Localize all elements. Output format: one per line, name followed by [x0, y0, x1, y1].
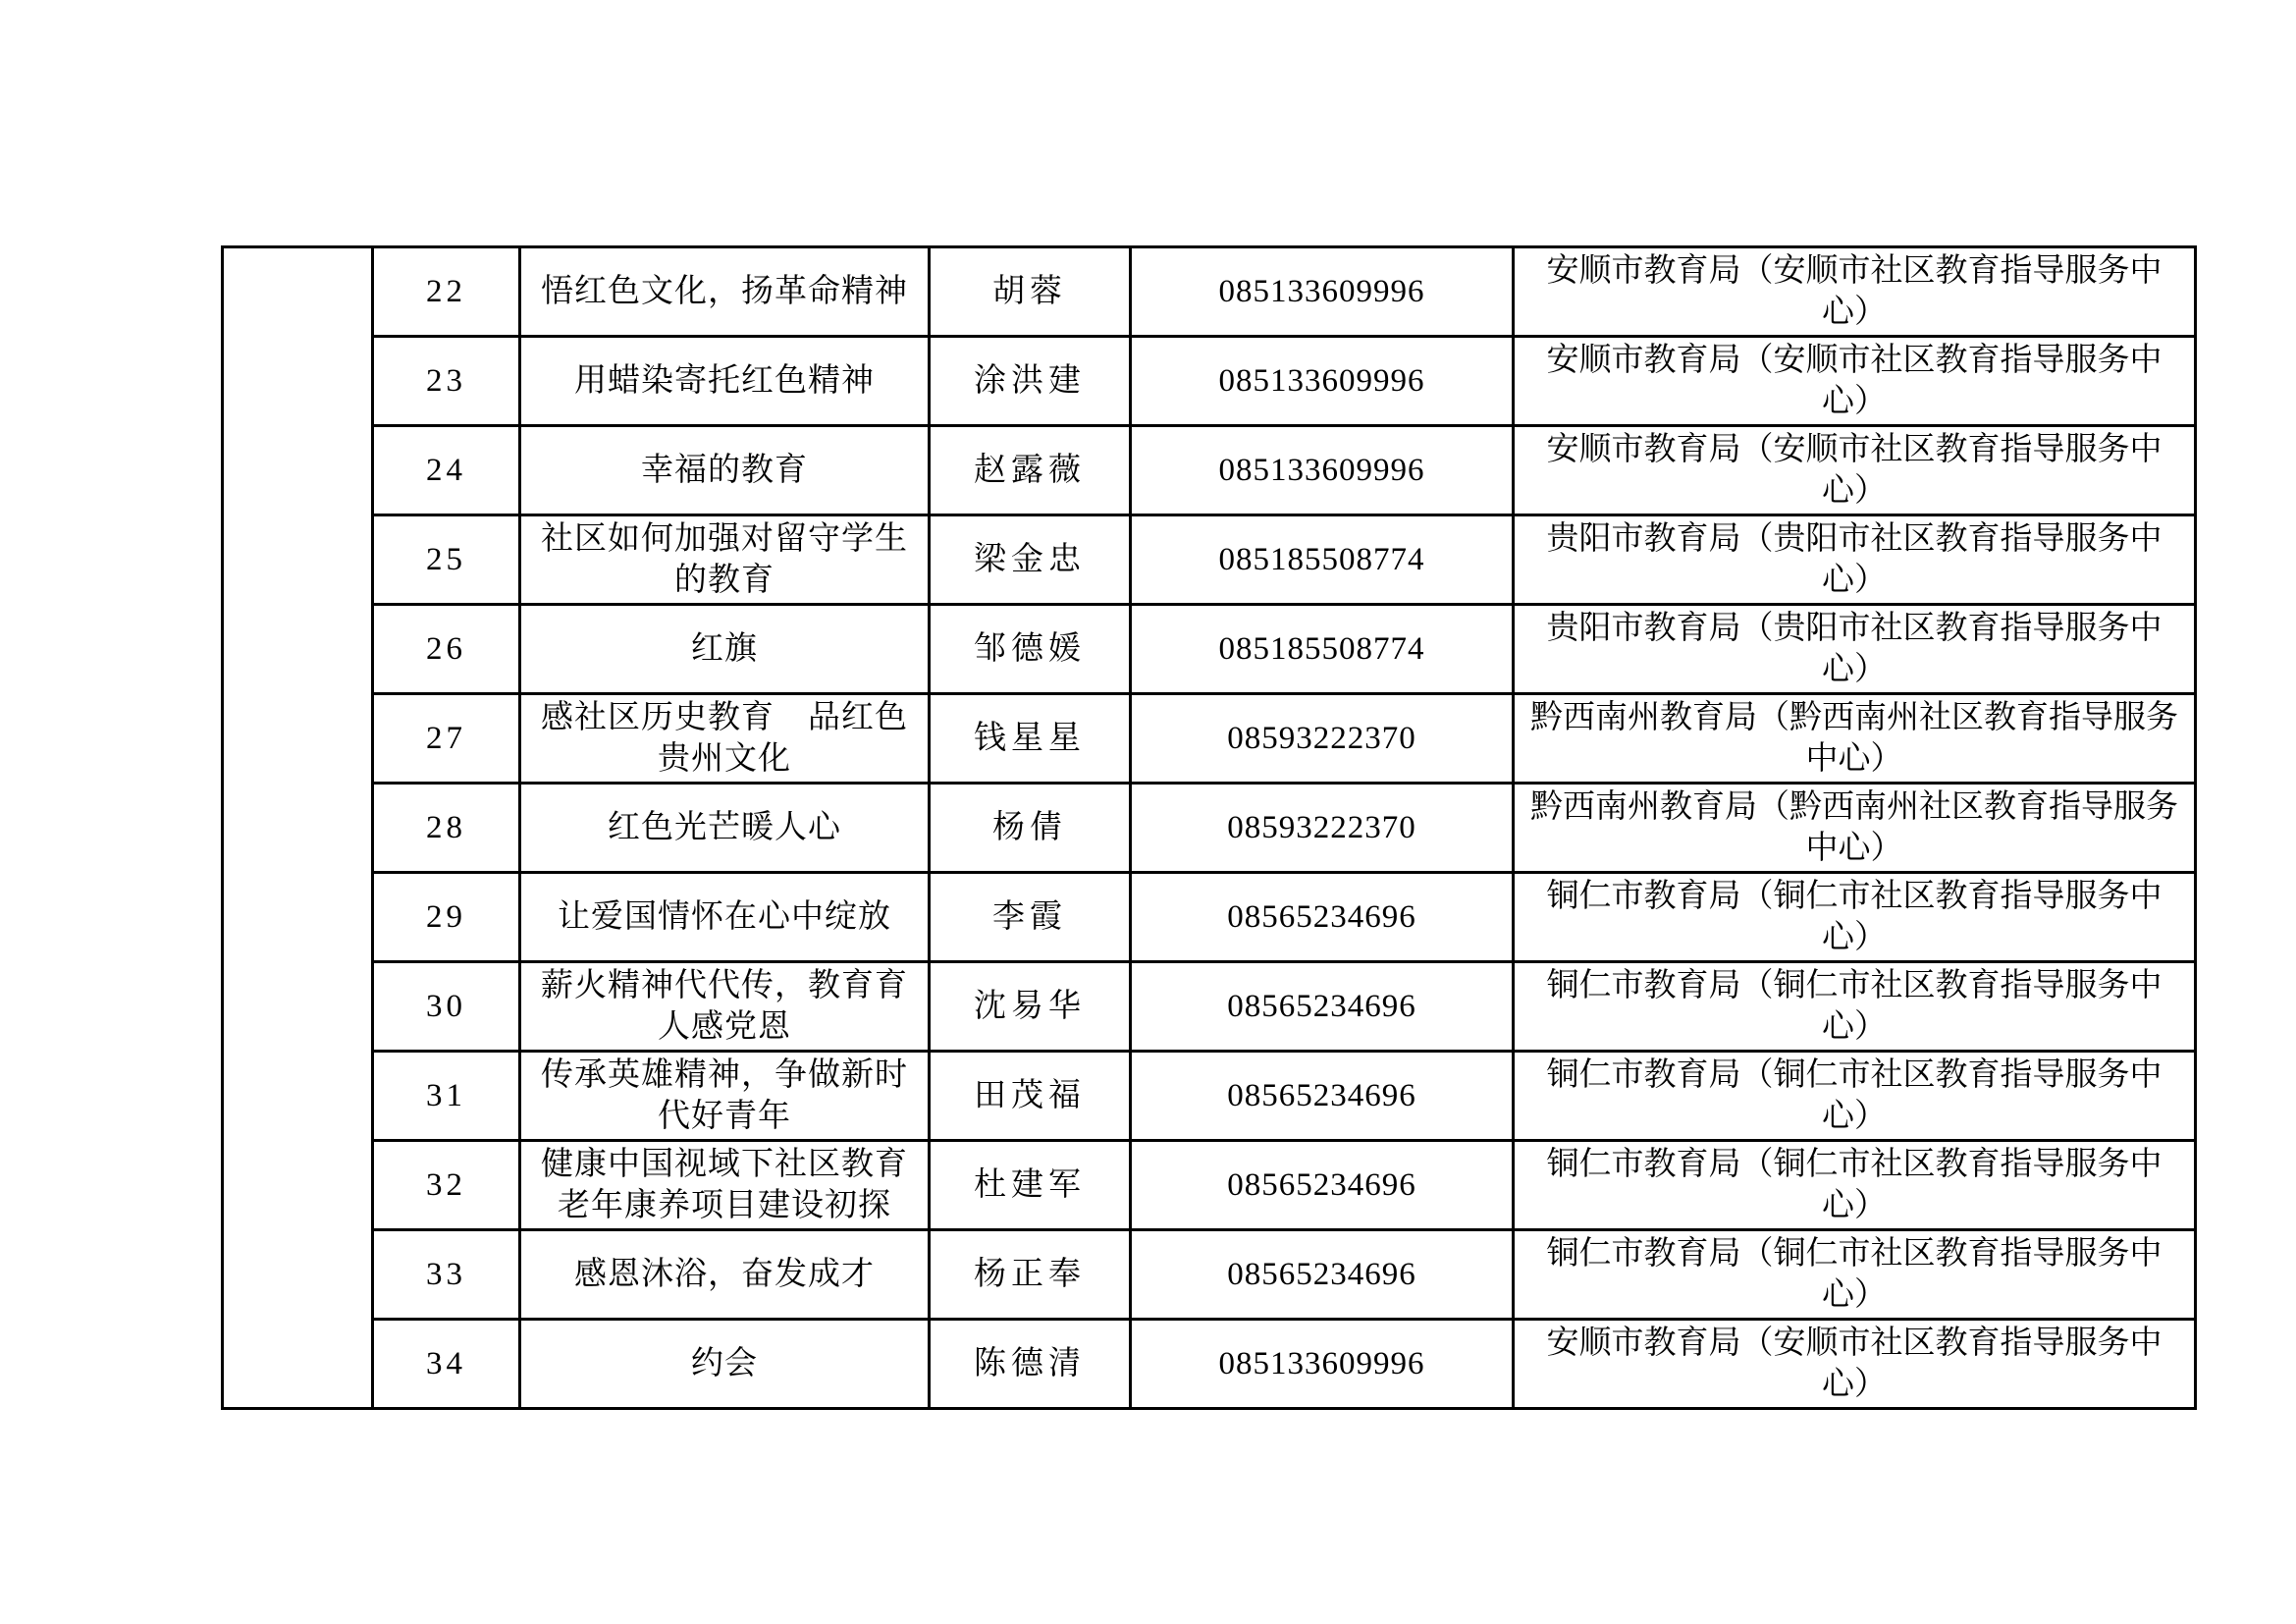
organization-cell: 安顺市教育局（安顺市社区教育指导服务中心） — [1514, 1320, 2196, 1409]
table-row: 31 传承英雄精神，争做新时代好青年 田茂福 08565234696 铜仁市教育… — [223, 1052, 2196, 1141]
table-row: 24 幸福的教育 赵露薇 085133609996 安顺市教育局（安顺市社区教育… — [223, 426, 2196, 515]
contact-phone-cell: 085133609996 — [1131, 247, 1514, 337]
contact-phone-cell: 08565234696 — [1131, 962, 1514, 1052]
author-name-cell: 涂洪建 — [930, 337, 1131, 426]
author-name-cell: 梁金忠 — [930, 515, 1131, 605]
organization-cell: 铜仁市教育局（铜仁市社区教育指导服务中心） — [1514, 1230, 2196, 1320]
table-row: 32 健康中国视域下社区教育老年康养项目建设初探 杜建军 08565234696… — [223, 1141, 2196, 1230]
contact-phone-cell: 08593222370 — [1131, 784, 1514, 873]
document-page: 22 悟红色文化，扬革命精神 胡蓉 085133609996 安顺市教育局（安顺… — [0, 0, 2296, 1624]
row-number-cell: 32 — [373, 1141, 520, 1230]
work-title-cell: 悟红色文化，扬革命精神 — [520, 247, 930, 337]
work-title-cell: 薪火精神代代传，教育育人感党恩 — [520, 962, 930, 1052]
table-row: 33 感恩沐浴，奋发成才 杨正奉 08565234696 铜仁市教育局（铜仁市社… — [223, 1230, 2196, 1320]
row-number-cell: 27 — [373, 694, 520, 784]
author-name-cell: 陈德清 — [930, 1320, 1131, 1409]
organization-cell: 黔西南州教育局（黔西南州社区教育指导服务中心） — [1514, 694, 2196, 784]
contact-phone-cell: 08565234696 — [1131, 1141, 1514, 1230]
author-name-cell: 沈易华 — [930, 962, 1131, 1052]
row-number-cell: 22 — [373, 247, 520, 337]
author-name-cell: 田茂福 — [930, 1052, 1131, 1141]
row-number-cell: 31 — [373, 1052, 520, 1141]
organization-cell: 安顺市教育局（安顺市社区教育指导服务中心） — [1514, 426, 2196, 515]
table-row: 27 感社区历史教育 品红色贵州文化 钱星星 08593222370 黔西南州教… — [223, 694, 2196, 784]
entries-table: 22 悟红色文化，扬革命精神 胡蓉 085133609996 安顺市教育局（安顺… — [221, 245, 2197, 1410]
author-name-cell: 杨正奉 — [930, 1230, 1131, 1320]
work-title-cell: 感恩沐浴，奋发成才 — [520, 1230, 930, 1320]
work-title-cell: 社区如何加强对留守学生的教育 — [520, 515, 930, 605]
contact-phone-cell: 085133609996 — [1131, 426, 1514, 515]
work-title-cell: 让爱国情怀在心中绽放 — [520, 873, 930, 962]
organization-cell: 铜仁市教育局（铜仁市社区教育指导服务中心） — [1514, 962, 2196, 1052]
organization-cell: 安顺市教育局（安顺市社区教育指导服务中心） — [1514, 247, 2196, 337]
author-name-cell: 钱星星 — [930, 694, 1131, 784]
organization-cell: 铜仁市教育局（铜仁市社区教育指导服务中心） — [1514, 1052, 2196, 1141]
organization-cell: 铜仁市教育局（铜仁市社区教育指导服务中心） — [1514, 1141, 2196, 1230]
row-number-cell: 33 — [373, 1230, 520, 1320]
work-title-cell: 红旗 — [520, 605, 930, 694]
row-number-cell: 34 — [373, 1320, 520, 1409]
category-spanner-cell — [223, 247, 373, 1409]
row-number-cell: 26 — [373, 605, 520, 694]
table-row: 26 红旗 邹德媛 085185508774 贵阳市教育局（贵阳市社区教育指导服… — [223, 605, 2196, 694]
table-row: 25 社区如何加强对留守学生的教育 梁金忠 085185508774 贵阳市教育… — [223, 515, 2196, 605]
table-row: 22 悟红色文化，扬革命精神 胡蓉 085133609996 安顺市教育局（安顺… — [223, 247, 2196, 337]
contact-phone-cell: 08565234696 — [1131, 1052, 1514, 1141]
author-name-cell: 胡蓉 — [930, 247, 1131, 337]
work-title-cell: 约会 — [520, 1320, 930, 1409]
work-title-cell: 用蜡染寄托红色精神 — [520, 337, 930, 426]
contact-phone-cell: 085133609996 — [1131, 1320, 1514, 1409]
row-number-cell: 23 — [373, 337, 520, 426]
row-number-cell: 29 — [373, 873, 520, 962]
author-name-cell: 李霞 — [930, 873, 1131, 962]
contact-phone-cell: 08565234696 — [1131, 873, 1514, 962]
author-name-cell: 邹德媛 — [930, 605, 1131, 694]
work-title-cell: 红色光芒暖人心 — [520, 784, 930, 873]
row-number-cell: 28 — [373, 784, 520, 873]
organization-cell: 贵阳市教育局（贵阳市社区教育指导服务中心） — [1514, 515, 2196, 605]
work-title-cell: 幸福的教育 — [520, 426, 930, 515]
work-title-cell: 传承英雄精神，争做新时代好青年 — [520, 1052, 930, 1141]
row-number-cell: 24 — [373, 426, 520, 515]
work-title-cell: 感社区历史教育 品红色贵州文化 — [520, 694, 930, 784]
row-number-cell: 30 — [373, 962, 520, 1052]
contact-phone-cell: 08565234696 — [1131, 1230, 1514, 1320]
work-title-cell: 健康中国视域下社区教育老年康养项目建设初探 — [520, 1141, 930, 1230]
author-name-cell: 赵露薇 — [930, 426, 1131, 515]
author-name-cell: 杜建军 — [930, 1141, 1131, 1230]
table-row: 23 用蜡染寄托红色精神 涂洪建 085133609996 安顺市教育局（安顺市… — [223, 337, 2196, 426]
contact-phone-cell: 085185508774 — [1131, 515, 1514, 605]
row-number-cell: 25 — [373, 515, 520, 605]
table-row: 29 让爱国情怀在心中绽放 李霞 08565234696 铜仁市教育局（铜仁市社… — [223, 873, 2196, 962]
organization-cell: 贵阳市教育局（贵阳市社区教育指导服务中心） — [1514, 605, 2196, 694]
author-name-cell: 杨倩 — [930, 784, 1131, 873]
table-row: 34 约会 陈德清 085133609996 安顺市教育局（安顺市社区教育指导服… — [223, 1320, 2196, 1409]
contact-phone-cell: 085185508774 — [1131, 605, 1514, 694]
table-row: 28 红色光芒暖人心 杨倩 08593222370 黔西南州教育局（黔西南州社区… — [223, 784, 2196, 873]
contact-phone-cell: 08593222370 — [1131, 694, 1514, 784]
organization-cell: 黔西南州教育局（黔西南州社区教育指导服务中心） — [1514, 784, 2196, 873]
table-row: 30 薪火精神代代传，教育育人感党恩 沈易华 08565234696 铜仁市教育… — [223, 962, 2196, 1052]
contact-phone-cell: 085133609996 — [1131, 337, 1514, 426]
organization-cell: 安顺市教育局（安顺市社区教育指导服务中心） — [1514, 337, 2196, 426]
organization-cell: 铜仁市教育局（铜仁市社区教育指导服务中心） — [1514, 873, 2196, 962]
